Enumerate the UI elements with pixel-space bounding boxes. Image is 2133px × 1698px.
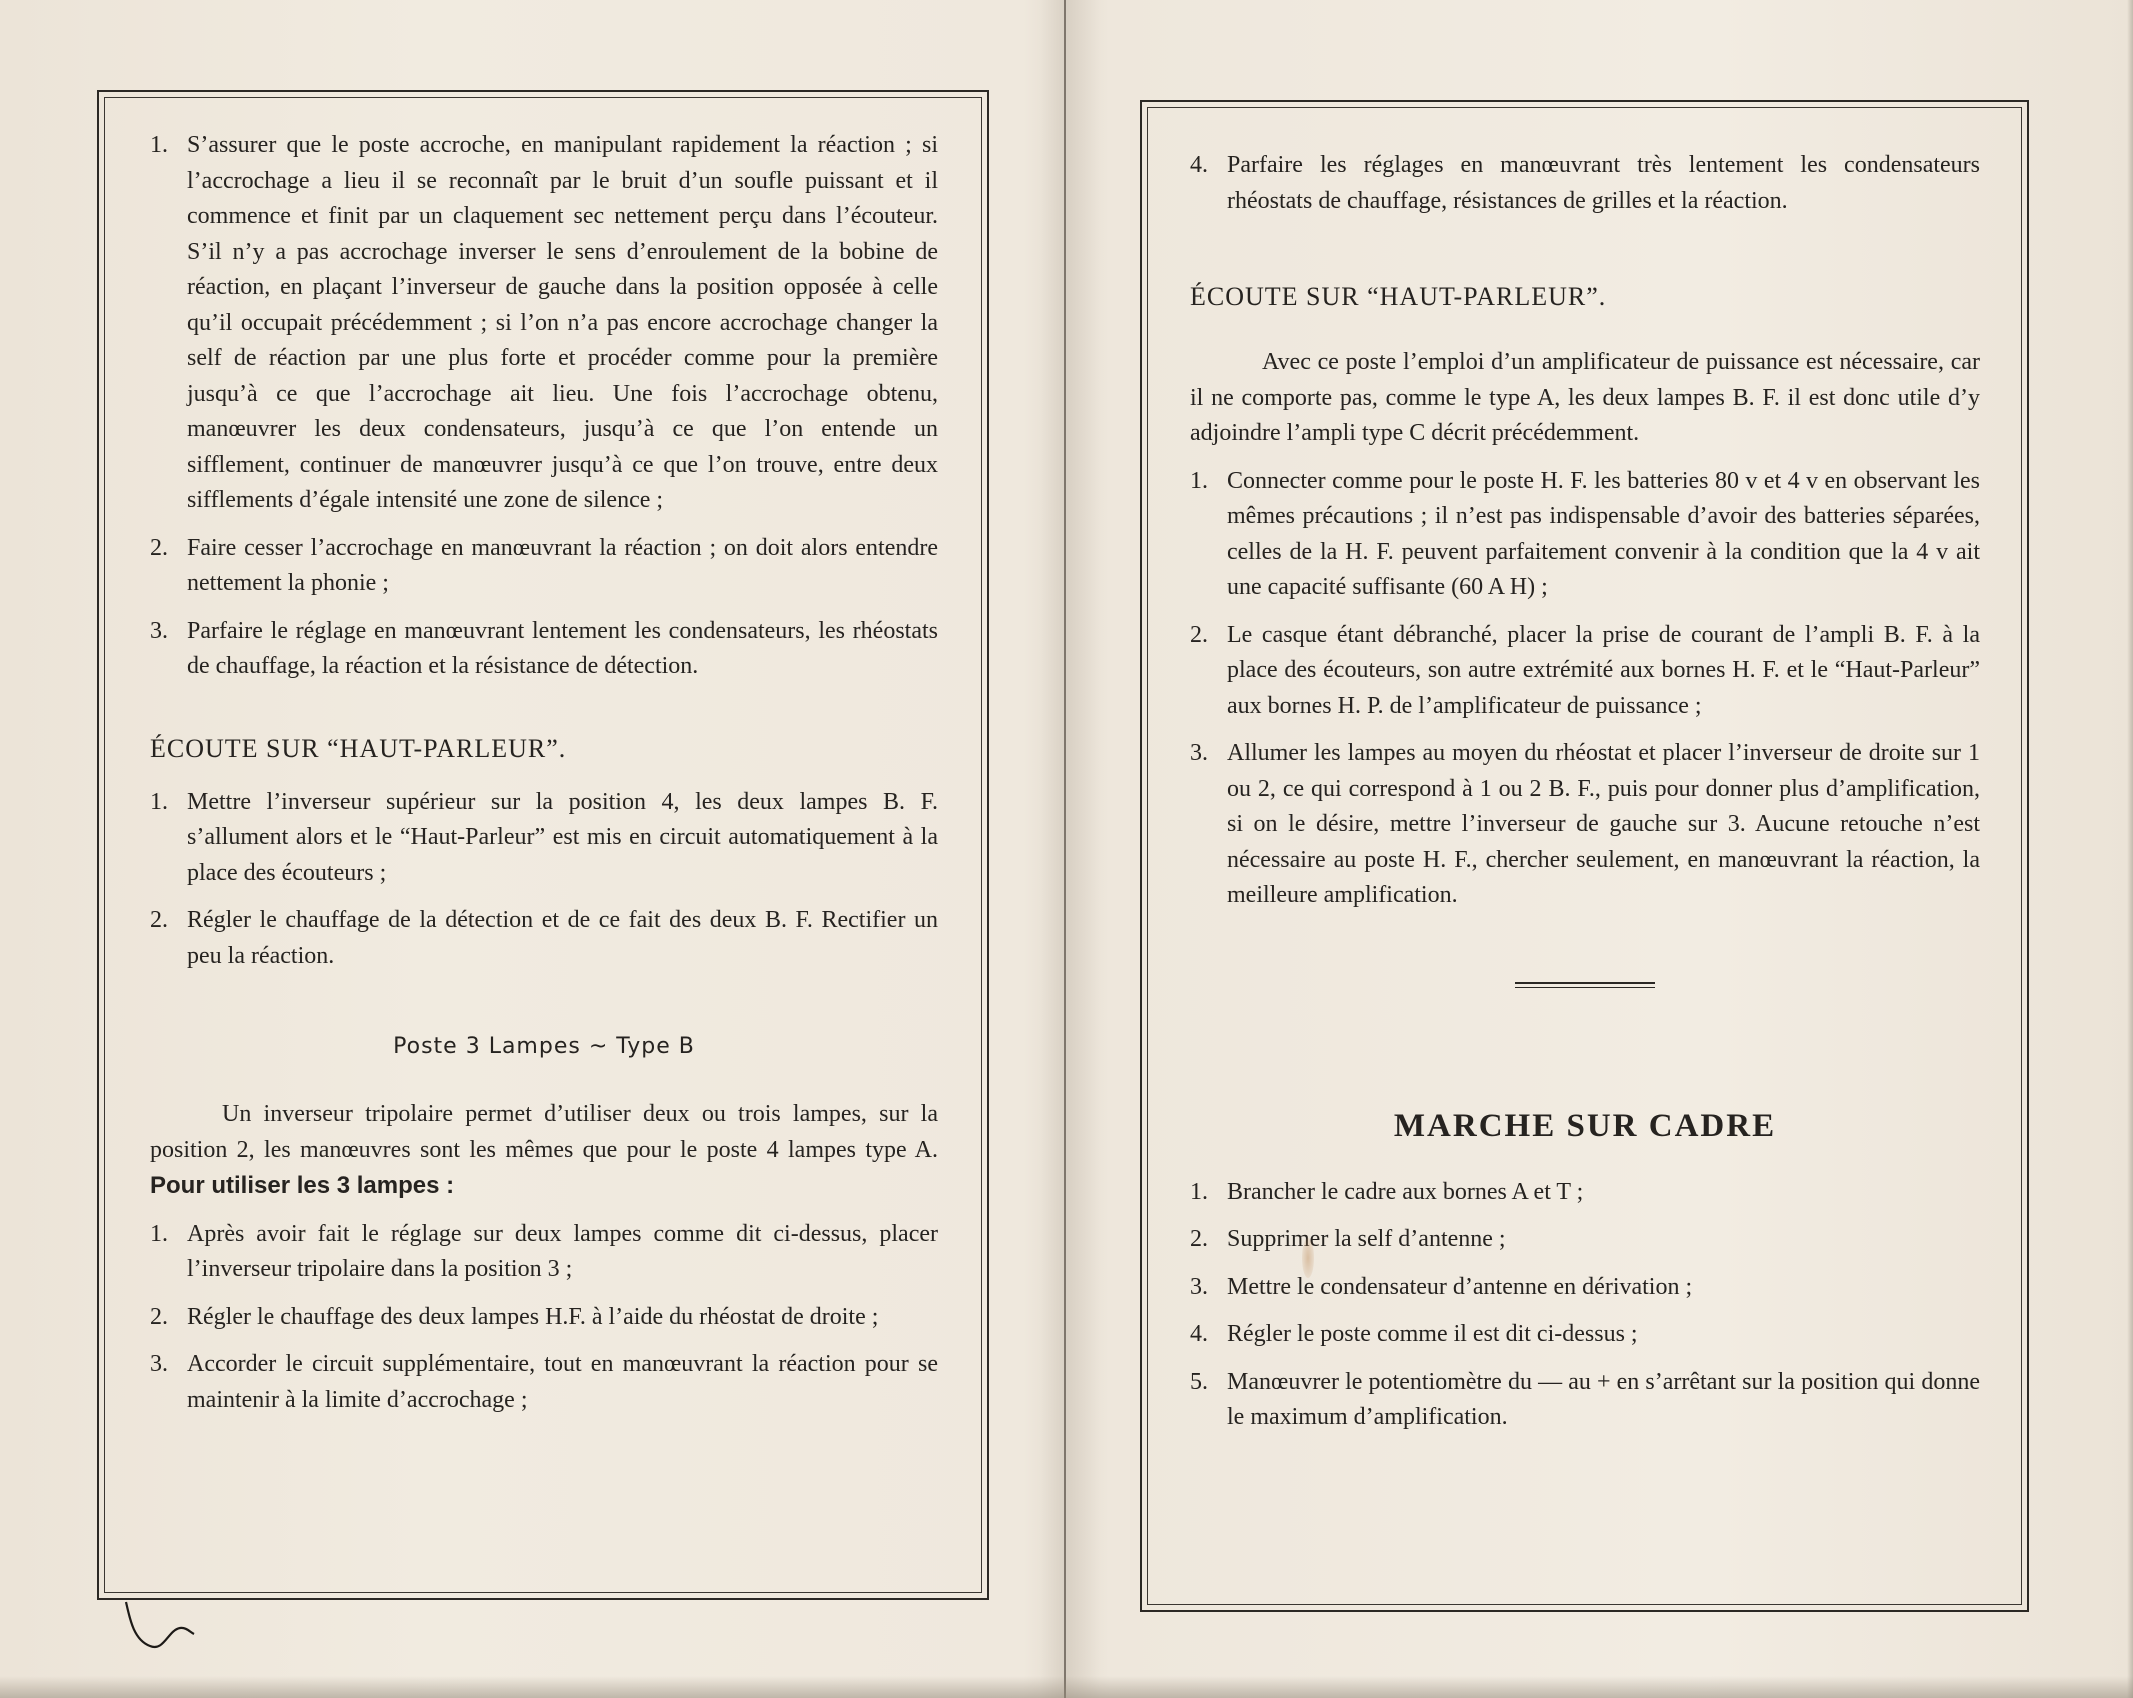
item-text: Après avoir fait le réglage sur deux lam… — [187, 1217, 938, 1288]
item-text: Régler le poste comme il est dit ci-dess… — [1227, 1317, 1980, 1353]
intro-text: Un inverseur tripolaire permet d’utilise… — [150, 1101, 938, 1163]
item-number: 1. — [1190, 1175, 1227, 1211]
list-item: 1. Après avoir fait le réglage sur deux … — [150, 1217, 938, 1288]
list-item: 1. Mettre l’inverseur supérieur sur la p… — [150, 785, 938, 892]
intro-paragraph: Un inverseur tripolaire permet d’utilise… — [150, 1097, 938, 1205]
section-title-cadre: MARCHE SUR CADRE — [1190, 1108, 1980, 1145]
item-text: Le casque étant débranché, placer la pri… — [1227, 618, 1980, 725]
book-gutter-shadow — [1040, 0, 1100, 1698]
item-text: Allumer les lampes au moyen du rhéostat … — [1227, 736, 1980, 914]
item-text: Parfaire les réglages en manœuvrant très… — [1227, 148, 1980, 219]
item-number: 1. — [150, 785, 187, 892]
list-item: 3. Parfaire le réglage en manœuvrant len… — [150, 614, 938, 685]
item-text: Accorder le circuit supplémentaire, tout… — [187, 1347, 938, 1418]
item-number: 4. — [1190, 148, 1227, 219]
item-number: 2. — [150, 1300, 187, 1336]
list-item: 2. Le casque étant débranché, placer la … — [1190, 618, 1980, 725]
section-title-type-b: Poste 3 Lampes ~ Type B — [150, 1034, 938, 1059]
page-edge — [2127, 0, 2133, 1698]
item-text: Connecter comme pour le poste H. F. les … — [1227, 464, 1980, 606]
list-item: 3. Allumer les lampes au moyen du rhéost… — [1190, 736, 1980, 914]
item-text: S’assurer que le poste accroche, en mani… — [187, 128, 938, 519]
section-heading-haut-parleur: ÉCOUTE SUR “HAUT-PARLEUR”. — [1190, 279, 1980, 315]
item-number: 1. — [1190, 464, 1227, 606]
list-item: 1. Connecter comme pour le poste H. F. l… — [1190, 464, 1980, 606]
list-item: 2. Faire cesser l’accrochage en manœuvra… — [150, 531, 938, 602]
scan-bottom-shadow — [0, 1676, 2133, 1698]
item-text: Mettre le condensateur d’antenne en déri… — [1227, 1270, 1980, 1306]
item-text: Faire cesser l’accrochage en manœuvrant … — [187, 531, 938, 602]
item-text: Brancher le cadre aux bornes A et T ; — [1227, 1175, 1980, 1211]
item-text: Supprimer la self d’antenne ; — [1227, 1222, 1980, 1258]
book-gutter — [1064, 0, 1066, 1698]
item-text: Parfaire le réglage en manœuvrant lentem… — [187, 614, 938, 685]
item-number: 2. — [1190, 1222, 1227, 1258]
item-number: 3. — [150, 614, 187, 685]
item-number: 3. — [150, 1347, 187, 1418]
section-heading-haut-parleur: ÉCOUTE SUR “HAUT-PARLEUR”. — [150, 731, 938, 767]
intro-paragraph: Avec ce poste l’emploi d’un amplificateu… — [1190, 345, 1980, 452]
item-number: 4. — [1190, 1317, 1227, 1353]
item-number: 5. — [1190, 1365, 1227, 1436]
left-page: 1. S’assurer que le poste accroche, en m… — [150, 128, 938, 1430]
item-number: 1. — [150, 1217, 187, 1288]
item-text: Régler le chauffage des deux lampes H.F.… — [187, 1300, 938, 1336]
item-number: 2. — [150, 903, 187, 974]
item-number: 1. — [150, 128, 187, 519]
list-item: 5. Manœuvrer le potentiomètre du — au + … — [1190, 1365, 1980, 1436]
list-item: 1. S’assurer que le poste accroche, en m… — [150, 128, 938, 519]
item-text: Régler le chauffage de la détection et d… — [187, 903, 938, 974]
list-item: 2. Régler le chauffage des deux lampes H… — [150, 1300, 938, 1336]
list-item: 1. Brancher le cadre aux bornes A et T ; — [1190, 1175, 1980, 1211]
item-number: 3. — [1190, 1270, 1227, 1306]
intro-bold-text: Pour utiliser les 3 lampes : — [150, 1172, 454, 1199]
item-text: Manœuvrer le potentiomètre du — au + en … — [1227, 1365, 1980, 1436]
item-number: 2. — [150, 531, 187, 602]
item-number: 2. — [1190, 618, 1227, 725]
section-divider — [1515, 982, 1655, 988]
paper-stain — [1302, 1238, 1314, 1278]
pen-mark-icon — [120, 1600, 230, 1660]
list-item: 2. Régler le chauffage de la détection e… — [150, 903, 938, 974]
list-item: 4. Régler le poste comme il est dit ci-d… — [1190, 1317, 1980, 1353]
item-number: 3. — [1190, 736, 1227, 914]
item-text: Mettre l’inverseur supérieur sur la posi… — [187, 785, 938, 892]
list-item: 4. Parfaire les réglages en manœuvrant t… — [1190, 148, 1980, 219]
list-item: 3. Accorder le circuit supplémentaire, t… — [150, 1347, 938, 1418]
